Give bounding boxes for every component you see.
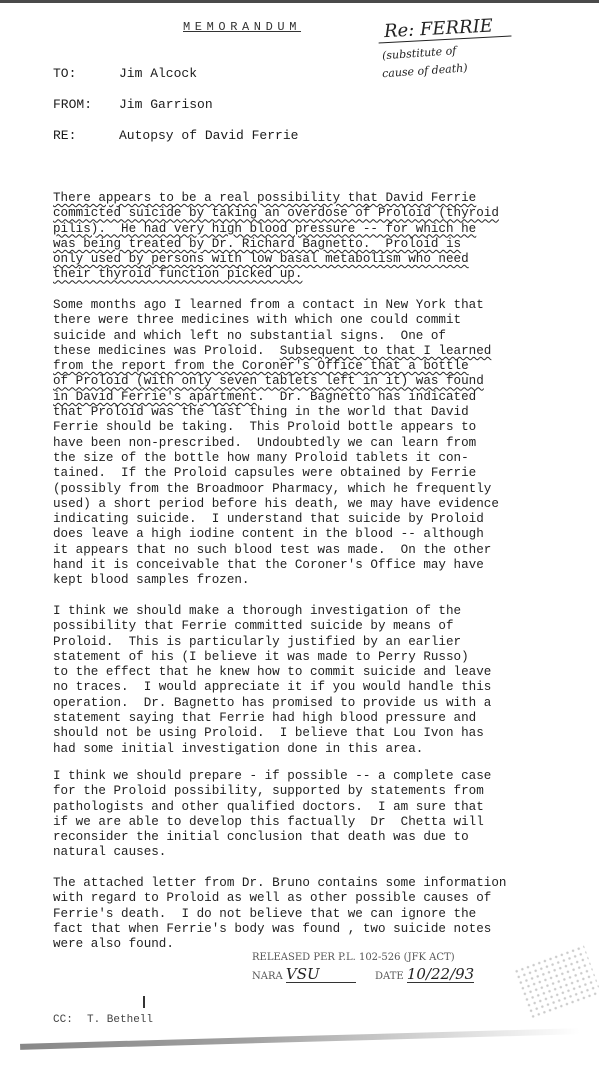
from-label: FROM: — [53, 97, 119, 112]
paragraph-line: natural causes. — [53, 845, 491, 860]
paragraph-line: used) a short period before his death, w… — [53, 497, 499, 512]
nara-label: NARA — [252, 971, 283, 982]
paragraph-line: with regard to Proloid as well as other … — [53, 891, 506, 906]
paragraph-line: Ferrie's death. I do not believe that we… — [53, 907, 506, 922]
document-title: MEMORANDUM — [183, 20, 301, 34]
memo-paragraph: There appears to be a real possibility t… — [53, 191, 499, 283]
to-label: TO: — [53, 66, 119, 81]
paragraph-line: fact that when Ferrie's body was found ,… — [53, 922, 506, 937]
scan-artifact — [20, 1028, 580, 1050]
paragraph-line: statement saying that Ferrie had high bl… — [53, 711, 491, 726]
paragraph-line: Ferrie should be taking. This Proloid bo… — [53, 420, 499, 435]
paragraph-line: (possibly from the Broadmoor Pharmacy, w… — [53, 482, 499, 497]
paragraph-line: does leave a high iodine content in the … — [53, 527, 499, 542]
memo-paragraph: I think we should prepare - if possible … — [53, 769, 491, 861]
cc-line: CC:T. Bethell — [53, 1014, 153, 1026]
paragraph-line: statement of his (I believe it was made … — [53, 650, 491, 665]
paragraph-line: of Proloid (with only seven tablets left… — [53, 374, 499, 389]
paragraph-line: commicted suicide by taking an overdose … — [53, 206, 499, 221]
to-value: Jim Alcock — [119, 66, 197, 81]
paragraph-line: tained. If the Proloid capsules were obt… — [53, 466, 499, 481]
paragraph-line: the size of the bottle how many Proloid … — [53, 451, 499, 466]
nara-initials: VSU — [286, 966, 356, 983]
paragraph-line: pilis). He had very high blood pressure … — [53, 222, 499, 237]
paragraph-line: that Proloid was the last thing in the w… — [53, 405, 499, 420]
release-date: 10/22/93 — [407, 966, 474, 983]
paragraph-line: from the report from the Coroner's Offic… — [53, 359, 499, 374]
memo-paragraph: I think we should make a thorough invest… — [53, 604, 491, 757]
release-stamp: RELEASED PER P.L. 102-526 (JFK ACT) NARA… — [252, 950, 474, 985]
scan-edge — [0, 0, 599, 3]
header-to: TO:Jim Alcock — [53, 66, 197, 81]
release-stamp-line: RELEASED PER P.L. 102-526 (JFK ACT) — [252, 950, 474, 966]
paragraph-line: hand it is conceivable that the Coroner'… — [53, 558, 499, 573]
paragraph-line: There appears to be a real possibility t… — [53, 191, 499, 206]
paragraph-line: was being treated by Dr. Richard Bagnett… — [53, 237, 499, 252]
re-label: RE: — [53, 128, 119, 143]
paragraph-line: no traces. I would appreciate it if you … — [53, 680, 491, 695]
paragraph-line: pathologists and other qualified doctors… — [53, 800, 491, 815]
paragraph-line: I think we should make a thorough invest… — [53, 604, 491, 619]
paragraph-line: indicating suicide. I understand that su… — [53, 512, 499, 527]
handwritten-re: Re: FERRIE — [378, 15, 512, 44]
paragraph-line: their thyroid function picked up. — [53, 267, 499, 282]
paragraph-line: only used by persons with low basal meta… — [53, 252, 499, 267]
paragraph-line: I think we should prepare - if possible … — [53, 769, 491, 784]
paragraph-line: possibility that Ferrie committed suicid… — [53, 619, 491, 634]
paragraph-line: Proloid. This is particularly justified … — [53, 635, 491, 650]
scan-speckle — [513, 944, 599, 1021]
header-re: RE:Autopsy of David Ferrie — [53, 128, 298, 143]
paragraph-line: these medicines was Proloid. Subsequent … — [53, 344, 499, 359]
paragraph-line: should not be using Proloid. I believe t… — [53, 726, 491, 741]
paragraph-line: to the effect that he knew how to commit… — [53, 665, 491, 680]
paragraph-line: there were three medicines with which on… — [53, 313, 499, 328]
paragraph-line: have been non-prescribed. Undoubtedly we… — [53, 436, 499, 451]
paragraph-line: in David Ferrie's apartment. Dr. Bagnett… — [53, 390, 499, 405]
cc-value: T. Bethell — [87, 1014, 153, 1026]
paragraph-line: The attached letter from Dr. Bruno conta… — [53, 876, 506, 891]
re-value: Autopsy of David Ferrie — [119, 128, 298, 143]
memo-paragraph: Some months ago I learned from a contact… — [53, 298, 499, 589]
header-from: FROM:Jim Garrison — [53, 97, 213, 112]
paragraph-line: operation. Dr. Bagnetto has promised to … — [53, 696, 491, 711]
paragraph-line: for the Proloid possibility, supported b… — [53, 784, 491, 799]
paragraph-line: it appears that no such blood test was m… — [53, 543, 499, 558]
memo-paragraph: The attached letter from Dr. Bruno conta… — [53, 876, 506, 952]
paragraph-line: reconsider the initial conclusion that d… — [53, 830, 491, 845]
from-value: Jim Garrison — [119, 97, 213, 112]
date-label: DATE — [375, 971, 404, 982]
handwritten-annotation: Re: FERRIE (substitute of cause of death… — [378, 18, 538, 76]
paragraph-line: had some initial investigation done in t… — [53, 742, 491, 757]
cc-label: CC: — [53, 1014, 87, 1026]
paragraph-line: kept blood samples frozen. — [53, 573, 499, 588]
paragraph-line: suicide and which left no substantial si… — [53, 329, 499, 344]
paragraph-line: Some months ago I learned from a contact… — [53, 298, 499, 313]
scan-mark — [143, 996, 145, 1008]
paragraph-line: if we are able to develop this factually… — [53, 815, 491, 830]
